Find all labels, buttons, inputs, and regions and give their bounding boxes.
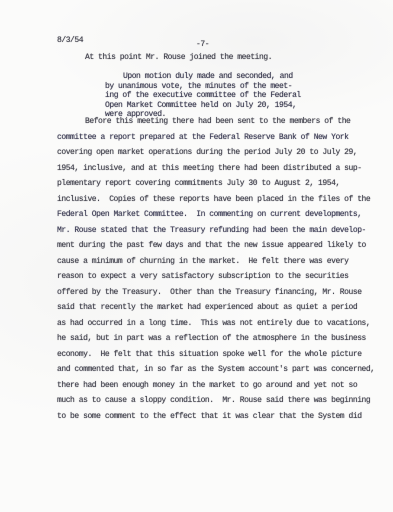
body-line: reason to expect a very satisfactory sub…	[57, 269, 375, 285]
body-line: as had occurred in a long time. This was…	[57, 316, 375, 332]
body-line: Federal Open Market Committee. In commen…	[57, 207, 375, 223]
motion-line: Open Market Committee held on July 20, 1…	[105, 101, 301, 111]
body-line: covering open market operations during t…	[57, 145, 375, 161]
body-line: there had been enough money in the marke…	[57, 378, 375, 394]
motion-block: Upon motion duly made and seconded, and …	[105, 72, 301, 120]
body-line: Mr. Rouse stated that the Treasury refun…	[57, 223, 375, 239]
body-paragraph: Before this meeting there had been sent …	[57, 114, 375, 424]
body-line: and commented that, in so far as the Sys…	[57, 362, 375, 378]
page-number: -7-	[196, 40, 209, 49]
motion-line: ing of the executive committee of the Fe…	[105, 91, 301, 101]
body-line: 1954, inclusive, and at this meeting the…	[57, 161, 375, 177]
body-line: ment during the past few days and that t…	[57, 238, 375, 254]
scanned-text-layer: 8/3/54 -7- At this point Mr. Rouse joine…	[0, 0, 393, 512]
body-line: Before this meeting there had been sent …	[57, 114, 375, 130]
body-line: said that recently the market had experi…	[57, 300, 375, 316]
intro-sentence: At this point Mr. Rouse joined the meeti…	[85, 53, 272, 62]
body-line: economy. He felt that this situation spo…	[57, 347, 375, 363]
motion-line: Upon motion duly made and seconded, and	[105, 72, 301, 82]
body-line: inclusive. Copies of these reports have …	[57, 192, 375, 208]
motion-line: by unanimous vote, the minutes of the me…	[105, 82, 301, 92]
date-label: 8/3/54	[57, 36, 83, 45]
document-page: 8/3/54 -7- At this point Mr. Rouse joine…	[0, 0, 393, 512]
body-line: offered by the Treasury. Other than the …	[57, 285, 375, 301]
body-line: he said, but in part was a reflection of…	[57, 331, 375, 347]
body-line: to be some comment to the effect that it…	[57, 409, 375, 425]
body-line: cause a minimum of churning in the marke…	[57, 254, 375, 270]
body-line: plementary report covering commitments J…	[57, 176, 375, 192]
body-line: much as to cause a sloppy condition. Mr.…	[57, 393, 375, 409]
body-line: committee a report prepared at the Feder…	[57, 130, 375, 146]
